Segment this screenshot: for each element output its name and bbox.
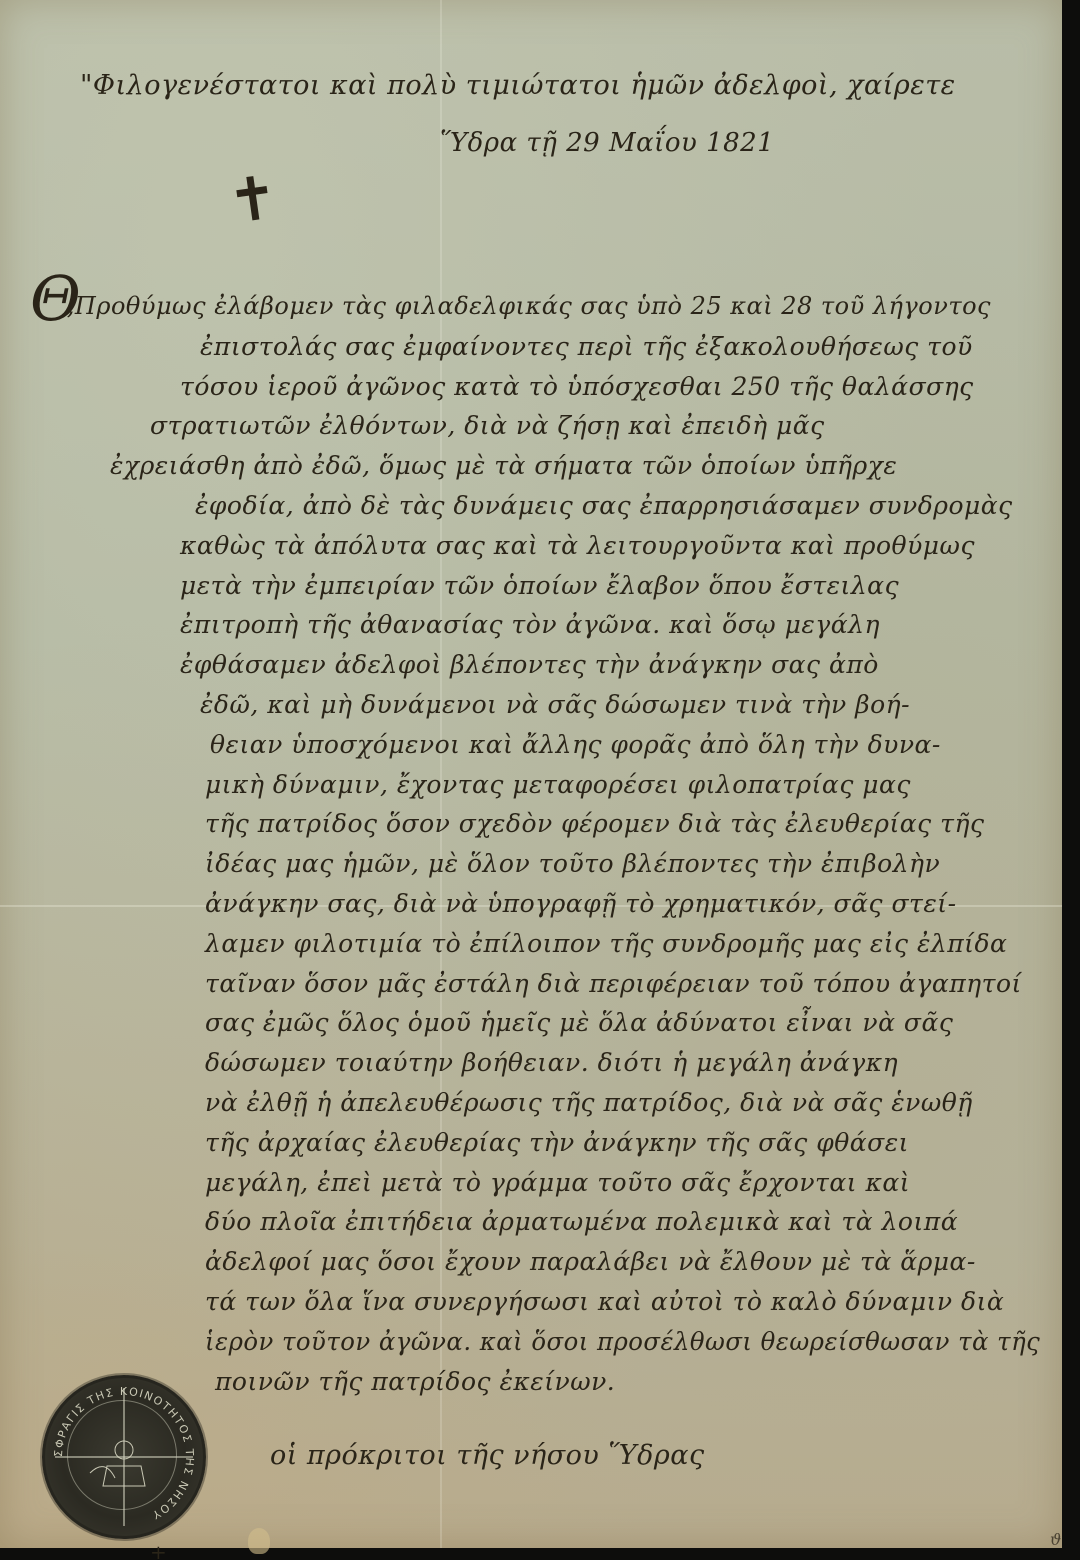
letter-line: καθὼς τὰ ἀπόλυτα σας καὶ τὰ λειτουργοῦντ…: [180, 531, 975, 560]
letter-line: μικὴ δύναμιν, ἔχοντας μεταφορέσει φιλοπα…: [205, 770, 911, 799]
letter-line: στρατιωτῶν ἐλθόντων, διὰ νὰ ζήσῃ καὶ ἐπε…: [150, 411, 825, 440]
margin-cross-mark: +: [150, 1540, 167, 1560]
page-mark: ϑ: [1050, 1530, 1061, 1549]
letter-line: μεγάλη, ἐπεὶ μετὰ τὸ γράμμα τοῦτο σᾶς ἔρ…: [205, 1168, 910, 1197]
letter-line: τῆς ἀρχαίας ἐλευθερίας τὴν ἀνάγκην τῆς σ…: [205, 1128, 909, 1157]
letter-line: νὰ ἐλθῇ ἡ ἀπελευθέρωσις τῆς πατρίδος, δι…: [205, 1088, 973, 1117]
letter-line: ἐχρειάσθη ἀπὸ ἐδῶ, ὅμως μὲ τὰ σήματα τῶν…: [110, 451, 897, 480]
ink-stain: [248, 1528, 270, 1554]
letter-line: ἐφθάσαμεν ἀδελφοὶ βλέποντες τὴν ἀνάγκην …: [180, 650, 879, 679]
seal-fold-line: [123, 1388, 125, 1526]
letter-line: ἐπιτροπὴ τῆς ἀθανασίας τὸν ἀγῶνα. καὶ ὅσ…: [180, 610, 880, 639]
letter-line: μετὰ τὴν ἐμπειρίαν τῶν ὁποίων ἔλαβον ὅπο…: [180, 571, 899, 600]
letter-line: δύο πλοῖα ἐπιτήδεια ἀρματωμένα πολεμικὰ …: [205, 1207, 958, 1236]
letter-line: δώσωμεν τοιαύτην βοήθειαν. διότι ἡ μεγάλ…: [205, 1048, 898, 1077]
letter-line: ἀνάγκην σας, διὰ νὰ ὑπογραφῇ τὸ χρηματικ…: [205, 889, 957, 918]
seal-inner-ring: [67, 1400, 177, 1510]
letter-line: ἰδέας μας ἡμῶν, μὲ ὅλον τοῦτο βλέποντες …: [205, 849, 940, 878]
letter-line: ἐπιστολάς σας ἐμφαίνοντες περὶ τῆς ἐξακο…: [200, 332, 973, 361]
letter-line: ἱερὸν τοῦτον ἀγῶνα. καὶ ὅσοι προσέλθωσι …: [205, 1327, 1040, 1356]
letter-line: „Προθύμως ἐλάβομεν τὰς φιλαδελφικάς σας …: [62, 292, 991, 320]
letter-line: ἐδῶ, καὶ μὴ δυνάμενοι νὰ σᾶς δώσωμεν τιν…: [200, 690, 910, 719]
letter-line: ταῖναν ὅσον μᾶς ἐστάλη διὰ περιφέρειαν τ…: [205, 969, 1022, 998]
letter-line: θειαν ὑποσχόμενοι καὶ ἄλλης φορᾶς ἀπὸ ὅλ…: [210, 730, 941, 759]
letter-line: σας ἐμῶς ὅλος ὁμοῦ ἡμεῖς μὲ ὅλα ἀδύνατοι…: [205, 1008, 953, 1037]
letter-line: τῆς πατρίδος ὅσον σχεδὸν φέρομεν διὰ τὰς…: [205, 809, 984, 838]
manuscript-page: "Φιλογενέστατοι καὶ πολὺ τιμιώτατοι ἡμῶν…: [0, 0, 1062, 1548]
salutation-line: "Φιλογενέστατοι καὶ πολὺ τιμιώτατοι ἡμῶν…: [80, 70, 956, 101]
letter-line: τόσου ἱεροῦ ἀγῶνος κατὰ τὸ ὑπόσχεσθαι 25…: [180, 372, 974, 401]
letter-line: ποινῶν τῆς πατρίδος ἐκείνων.: [215, 1367, 615, 1396]
cross-icon: ✝: [223, 162, 283, 238]
letter-line: ἐφοδία, ἀπὸ δὲ τὰς δυνάμεις σας ἐπαρρησι…: [195, 491, 1013, 520]
dateline: Ὕδρα τῇ 29 Μαΐου 1821: [440, 128, 774, 158]
letter-line: λαμεν φιλοτιμία τὸ ἐπίλοιπον τῆς συνδρομ…: [205, 929, 1007, 958]
signature-line: οἱ πρόκριτοι τῆς νήσου Ὕδρας: [270, 1440, 705, 1471]
seal-stamp-icon: ΣΦΡΑΓΙΣ ΤΗΣ ΚΟΙΝΟΤΗΤΟΣ ΤΗΣ ΝΗΣΟΥ: [42, 1375, 206, 1539]
letter-line: ἀδελφοί μας ὅσοι ἔχουν παραλάβει νὰ ἔλθο…: [205, 1247, 976, 1276]
letter-line: τά των ὅλα ἵνα συνεργήσωσι καὶ αὐτοὶ τὸ …: [205, 1287, 1004, 1316]
